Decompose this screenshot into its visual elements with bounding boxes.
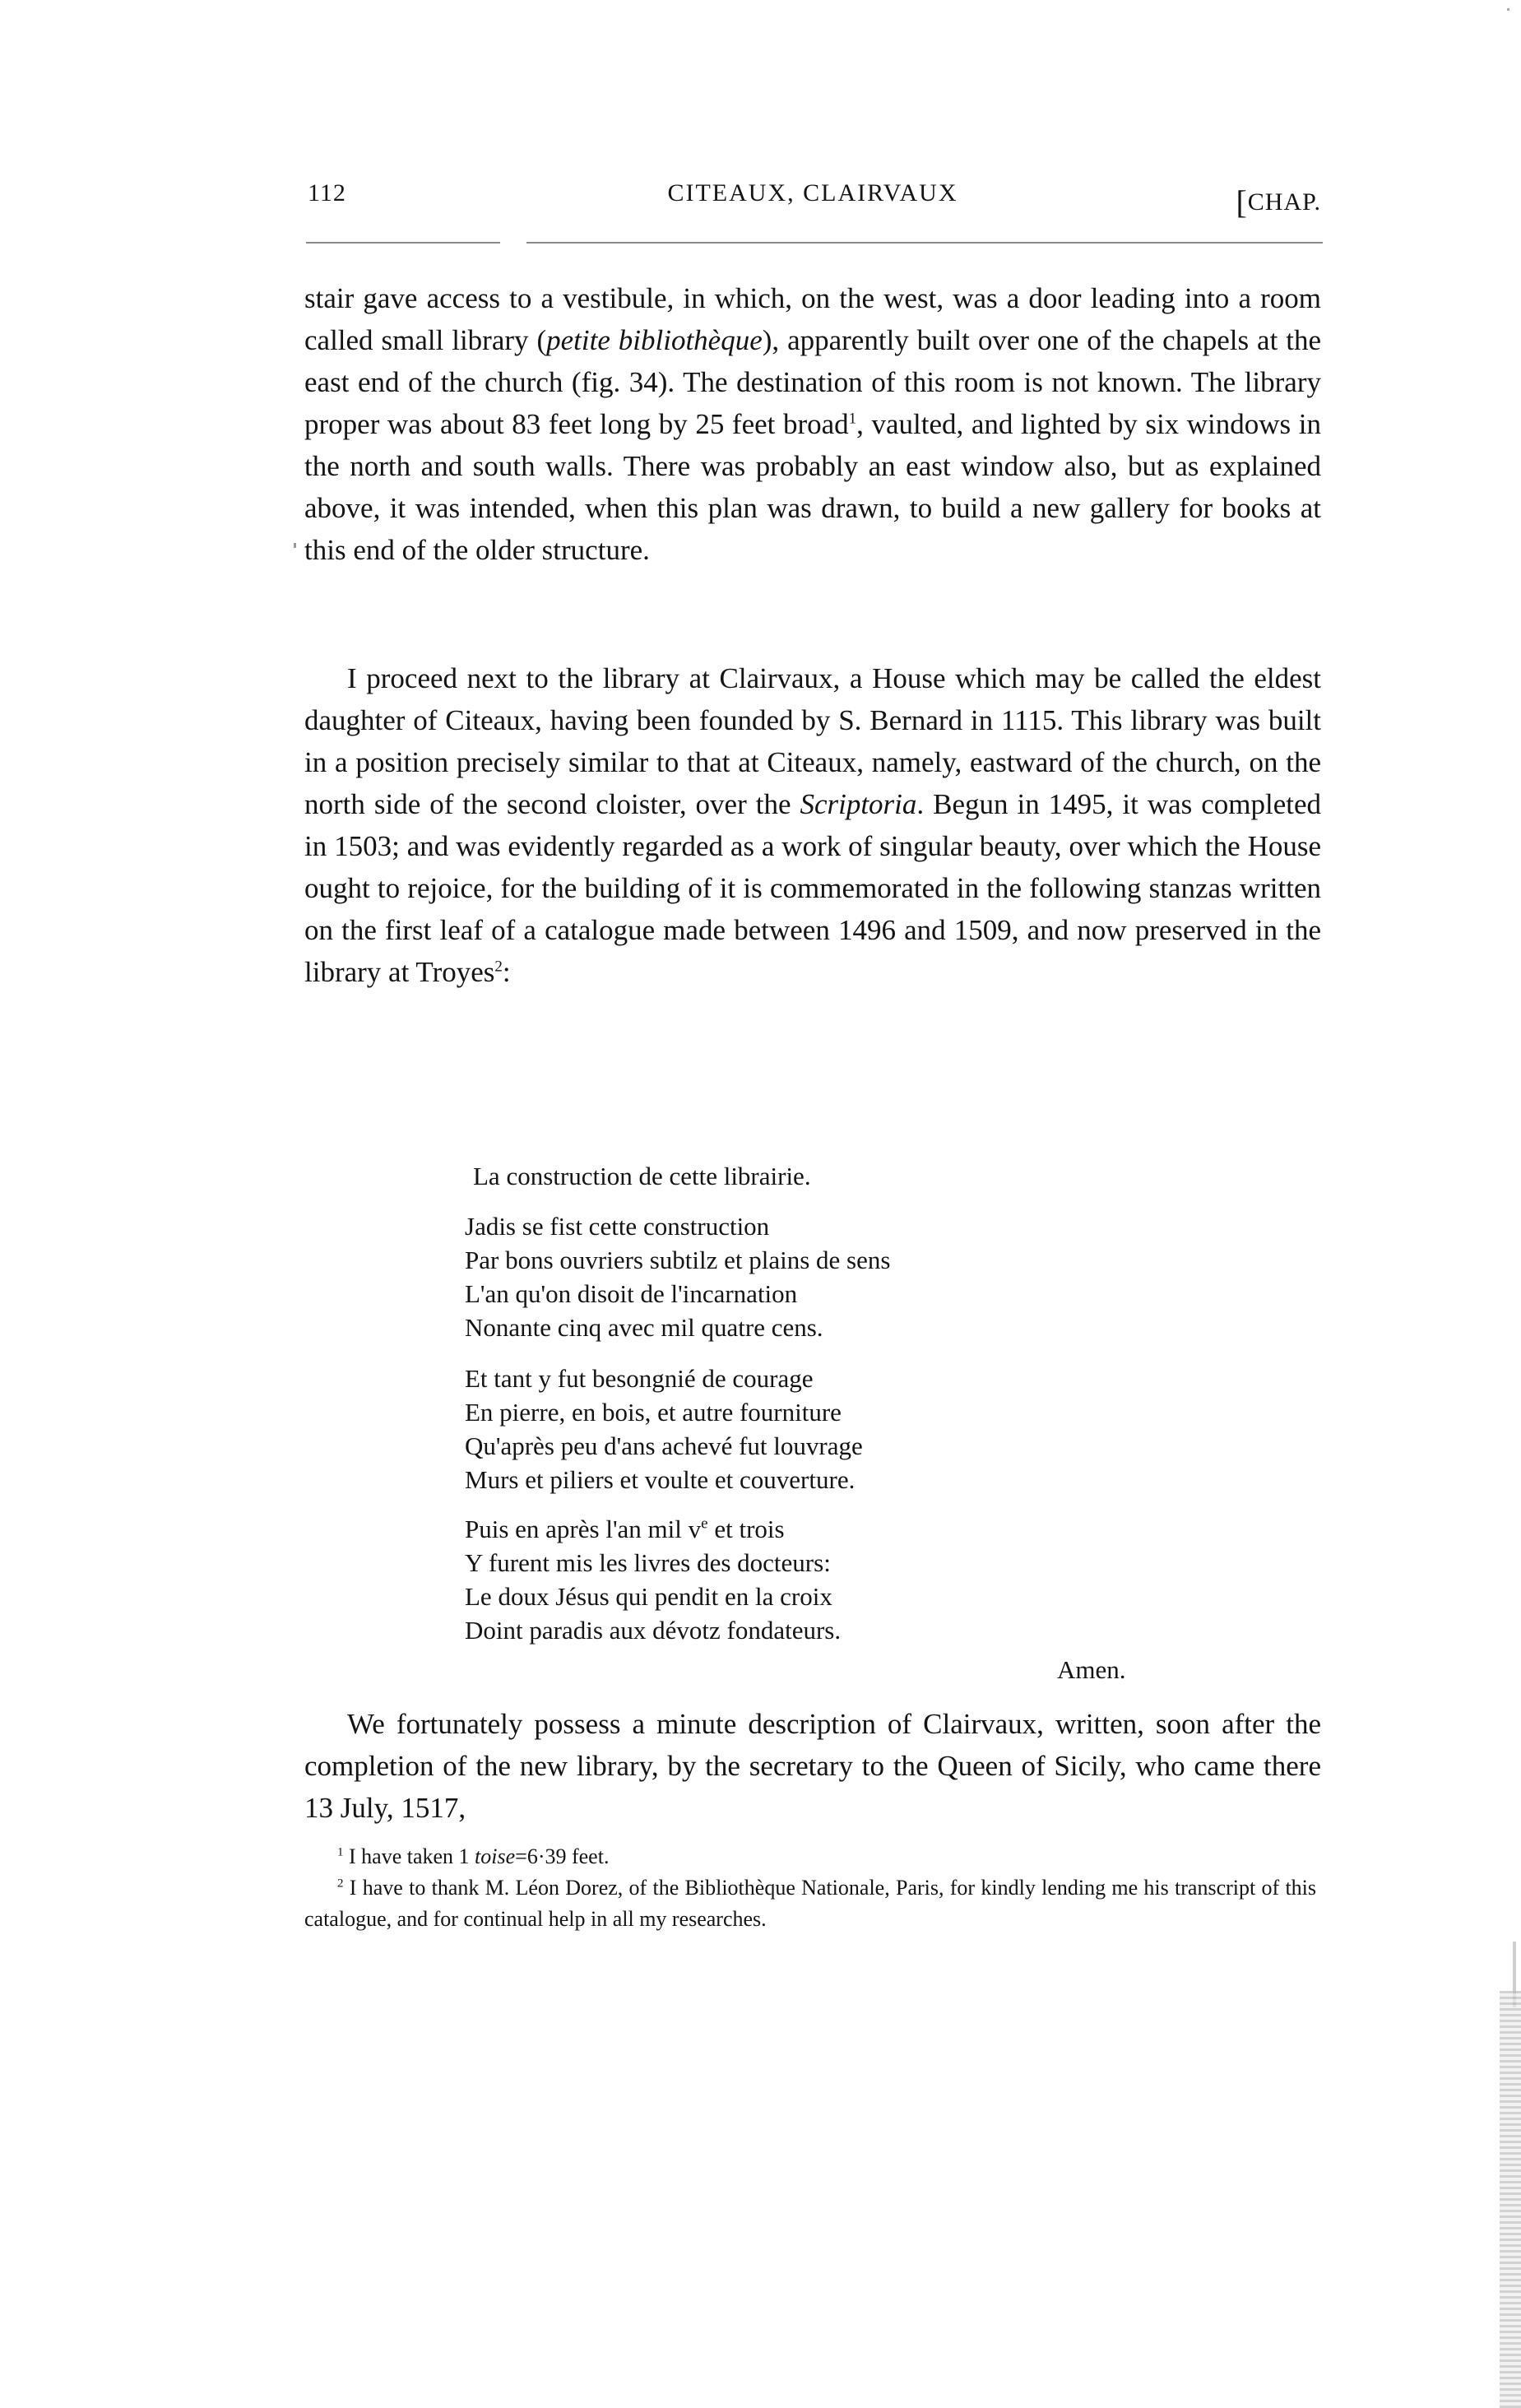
verse-line: Par bons ouvriers subtilz et plains de s… bbox=[465, 1243, 890, 1277]
paragraph-2: I proceed next to the library at Clairva… bbox=[304, 657, 1321, 993]
footnote-1: 1 I have taken 1 toise=6·39 feet. bbox=[304, 1841, 1316, 1872]
italic-term: Scriptoria bbox=[800, 788, 916, 820]
paragraph-3: We fortunately possess a minute descript… bbox=[304, 1703, 1321, 1829]
verse-line: Nonante cinq avec mil quatre cens. bbox=[465, 1311, 890, 1344]
footnotes: 1 I have taken 1 toise=6·39 feet. 2 I ha… bbox=[304, 1841, 1316, 1935]
poem-stanza-2: Et tant y fut besongnié de courage En pi… bbox=[465, 1362, 863, 1496]
verse-line: Puis en après l'an mil ve et trois bbox=[465, 1512, 841, 1546]
verse-text: et trois bbox=[708, 1515, 785, 1543]
chapter-text: CHAP. bbox=[1248, 188, 1321, 216]
book-page: 112 CITEAUX, CLAIRVAUX [CHAP. stair gave… bbox=[0, 0, 1521, 2408]
poem-stanza-1: Jadis se fist cette construction Par bon… bbox=[465, 1209, 890, 1344]
poem-stanza-3: Puis en après l'an mil ve et trois Y fur… bbox=[465, 1512, 841, 1647]
italic-term: petite bibliothèque bbox=[546, 324, 763, 356]
verse-line: En pierre, en bois, et autre fourniture bbox=[465, 1395, 863, 1429]
scan-speck bbox=[294, 543, 296, 548]
paragraph-1: stair gave access to a vestibule, in whi… bbox=[304, 277, 1321, 571]
footnote-text: =6·39 feet. bbox=[515, 1844, 609, 1868]
chapter-label: [CHAP. bbox=[1236, 179, 1321, 218]
verse-line: Murs et piliers et voulte et couverture. bbox=[465, 1463, 863, 1496]
verse-line: Le doux Jésus qui pendit en la croix bbox=[465, 1580, 841, 1613]
footnote-text: I have taken 1 bbox=[349, 1844, 475, 1868]
running-head: 112 CITEAUX, CLAIRVAUX [CHAP. bbox=[304, 179, 1321, 216]
footnote-text: I have to thank M. Léon Dorez, of the Bi… bbox=[304, 1876, 1316, 1931]
footnote-ref-1[interactable]: 1 bbox=[849, 410, 857, 427]
text-segment: : bbox=[503, 956, 511, 988]
header-rule-left bbox=[306, 242, 500, 244]
footnote-mark: 1 bbox=[337, 1845, 344, 1858]
verse-line: Y furent mis les livres des docteurs: bbox=[465, 1546, 841, 1580]
header-rule-right bbox=[526, 242, 1323, 244]
verse-line: Doint paradis aux dévotz fondateurs. bbox=[465, 1613, 841, 1647]
chapter-bracket: [ bbox=[1236, 183, 1247, 220]
superscript-e: e bbox=[701, 1515, 707, 1533]
verse-line: Jadis se fist cette construction bbox=[465, 1209, 890, 1243]
verse-line: L'an qu'on disoit de l'incarnation bbox=[465, 1277, 890, 1311]
binding-edge bbox=[1500, 1991, 1521, 2408]
verse-text: Puis en après l'an mil v bbox=[465, 1515, 701, 1543]
poem-title: La construction de cette librairie. bbox=[473, 1160, 811, 1193]
verse-line: Qu'après peu d'ans achevé fut louvrage bbox=[465, 1429, 863, 1463]
italic-term: toise bbox=[475, 1844, 515, 1868]
footnote-2: 2 I have to thank M. Léon Dorez, of the … bbox=[304, 1872, 1316, 1935]
poem-closing: Amen. bbox=[1057, 1654, 1126, 1687]
verse-line: Et tant y fut besongnié de courage bbox=[465, 1362, 863, 1395]
footnote-ref-2[interactable]: 2 bbox=[494, 958, 503, 975]
footnote-mark: 2 bbox=[337, 1877, 344, 1890]
scan-speck bbox=[1507, 8, 1509, 11]
text-segment: We fortunately possess a minute descript… bbox=[304, 1708, 1321, 1824]
running-title: CITEAUX, CLAIRVAUX bbox=[304, 179, 1321, 207]
